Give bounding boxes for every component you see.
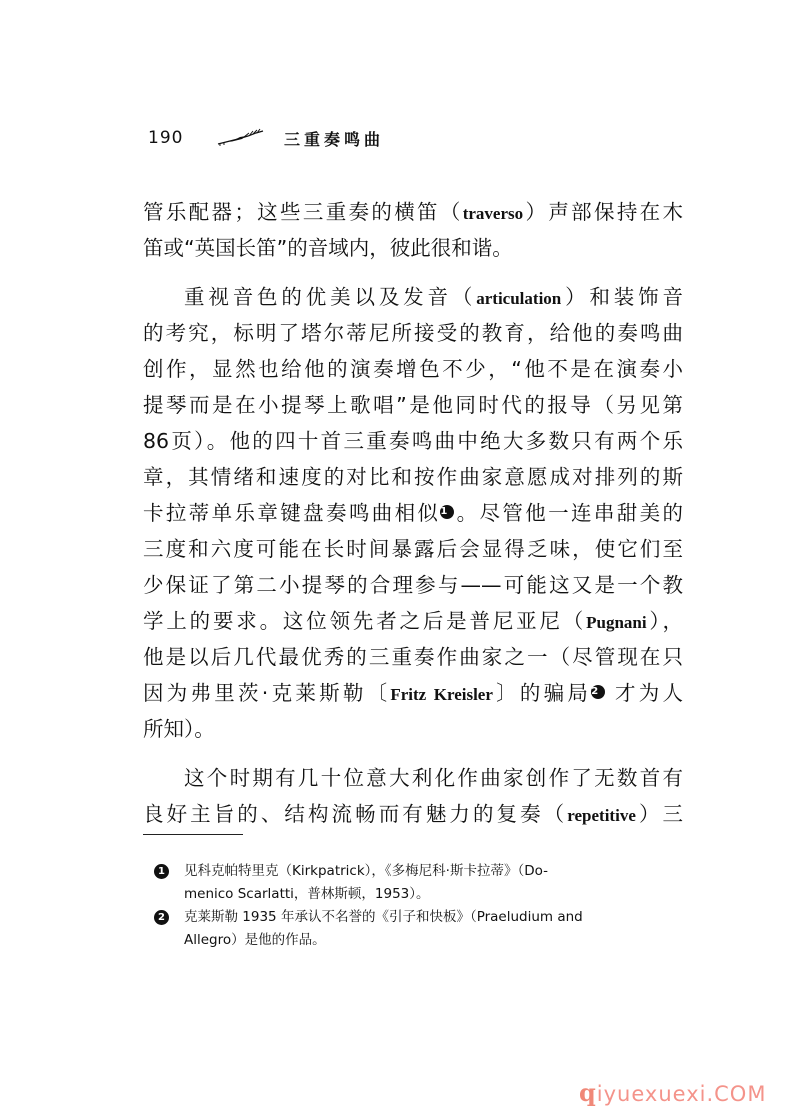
text-line: 这个时期有几十位意大利化作曲家创作了无数首有	[143, 760, 683, 796]
footnote-text: 克莱斯勒 1935 年承认不名誉的《引子和快板》（Praeludium and	[184, 906, 693, 929]
footnote-separator	[143, 834, 243, 836]
text-line: 三度和六度可能在长时间暴露后会显得乏味，使它们至	[143, 531, 683, 567]
footnote-1: 1 见科克帕特里克（Kirkpatrick），《多梅尼科·斯卡拉蒂》（Do- m…	[148, 860, 693, 906]
footnote-marker-1: 1	[154, 864, 169, 879]
site-watermark: qiyuexuexi.COM	[579, 1078, 766, 1107]
text-line: 提琴而是在小提琴上歌唱”是他同时代的报导（另见第	[143, 387, 683, 423]
text-line: 重视音色的优美以及发音（articulation）和装饰音	[143, 279, 683, 315]
footnote-ref-1[interactable]: 1	[440, 505, 454, 519]
text-line: 他是以后几代最优秀的三重奏作曲家之一（尽管现在只	[143, 639, 683, 675]
footnote-ref-2[interactable]: 2	[591, 685, 605, 699]
footnote-text: Allegro）是他的作品。	[184, 929, 693, 952]
text-line: 创作，显然也给他的演奏增色不少，“他不是在演奏小	[143, 351, 683, 387]
body-text: 管乐配器；这些三重奏的横笛（traverso）声部保持在木 笛或“英国长笛”的音…	[143, 194, 683, 832]
running-title: 三重奏鸣曲	[284, 127, 384, 150]
text-line: 良好主旨的、结构流畅而有魅力的复奏（repetitive）三	[143, 796, 683, 832]
page-header: 190 三重奏鸣曲	[148, 124, 384, 152]
quill-flourish-icon	[216, 128, 266, 148]
text-line: 管乐配器；这些三重奏的横笛（traverso）声部保持在木	[143, 194, 683, 230]
page-number: 190	[148, 128, 208, 148]
text-line: 少保证了第二小提琴的合理参与——可能这又是一个教	[143, 567, 683, 603]
text-line: 学上的要求。这位领先者之后是普尼亚尼（Pugnani），	[143, 603, 683, 639]
footnote-marker-2: 2	[154, 910, 169, 925]
text-line: 86页）。他的四十首三重奏鸣曲中绝大多数只有两个乐	[143, 423, 683, 459]
text-line: 的考究，标明了塔尔蒂尼所接受的教育，给他的奏鸣曲	[143, 315, 683, 351]
text-line: 因为弗里茨·克莱斯勒〔Fritz Kreisler〕的骗局2 才为人	[143, 675, 683, 711]
footnotes: 1 见科克帕特里克（Kirkpatrick），《多梅尼科·斯卡拉蒂》（Do- m…	[148, 860, 693, 952]
footnote-2: 2 克莱斯勒 1935 年承认不名誉的《引子和快板》（Praeludium an…	[148, 906, 693, 952]
text-line: 章，其情绪和速度的对比和按作曲家意愿成对排列的斯	[143, 459, 683, 495]
footnote-text: menico Scarlatti，普林斯顿，1953）。	[184, 883, 693, 906]
text-line: 所知）。	[143, 711, 683, 747]
text-line: 卡拉蒂单乐章键盘奏鸣曲相似1。尽管他一连串甜美的	[143, 495, 683, 531]
footnote-text: 见科克帕特里克（Kirkpatrick），《多梅尼科·斯卡拉蒂》（Do-	[184, 860, 693, 883]
text-line: 笛或“英国长笛”的音域内，彼此很和谐。	[143, 230, 683, 266]
